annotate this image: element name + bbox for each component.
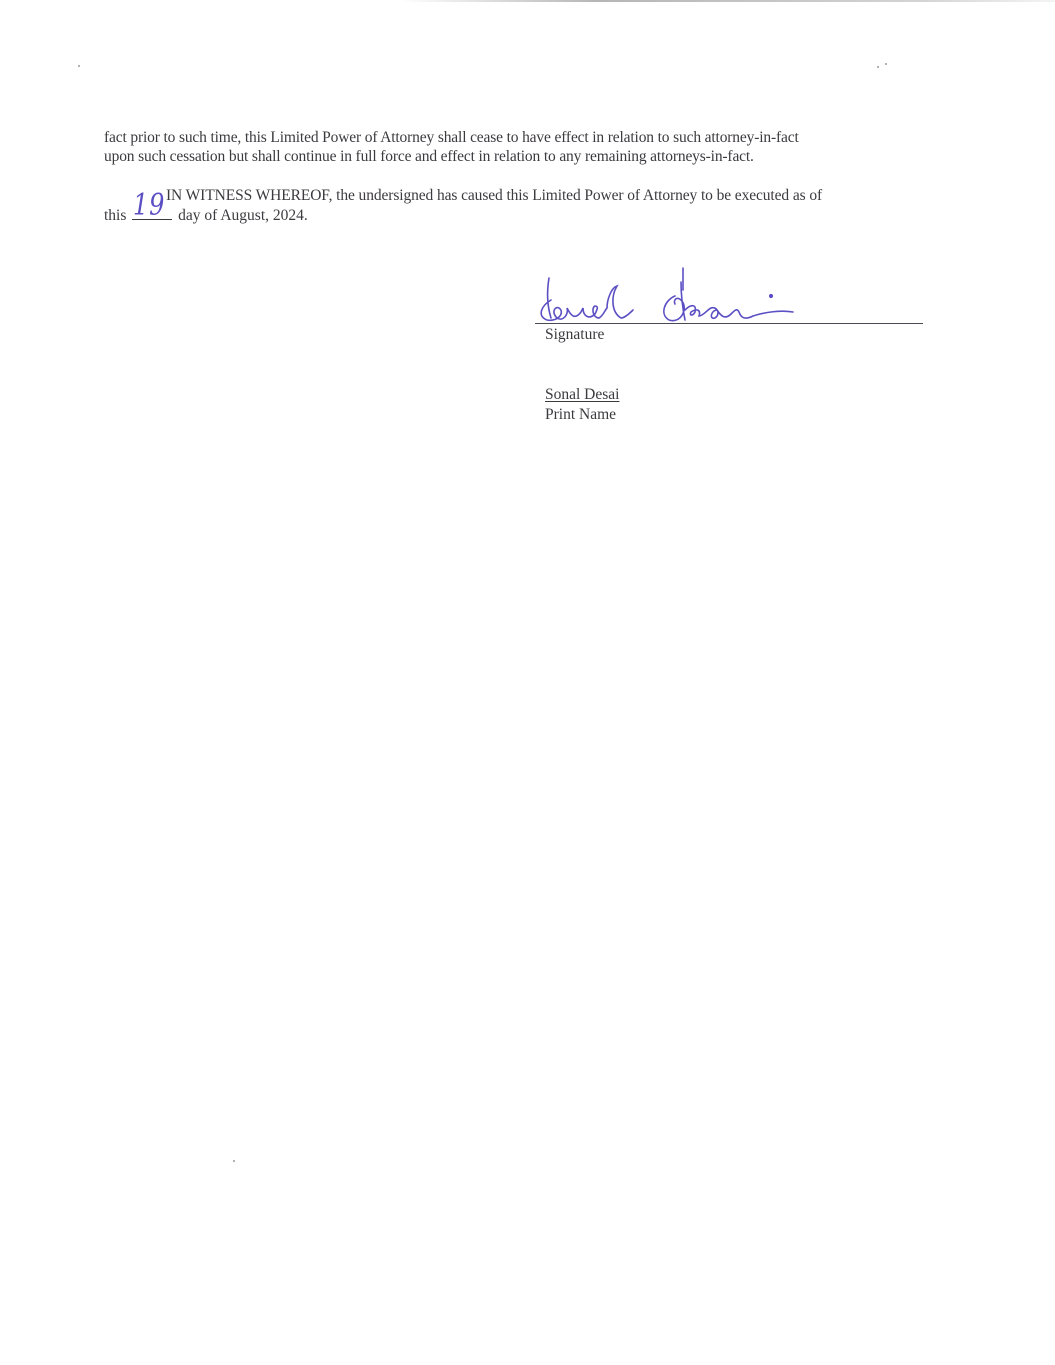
scan-top-edge: [400, 0, 1055, 2]
scan-speck: [78, 65, 80, 67]
print-name-label: Print Name: [545, 406, 616, 424]
witness-date-suffix: day of August, 2024.: [178, 207, 308, 224]
scan-speck: [885, 63, 887, 65]
paragraph-line-2: upon such cessation but shall continue i…: [104, 147, 934, 166]
scan-speck: [233, 1160, 235, 1162]
witness-clause-line-1: IN WITNESS WHEREOF, the undersigned has …: [166, 187, 822, 205]
scan-speck: [877, 66, 879, 68]
handwritten-day: 19: [133, 188, 165, 223]
paragraph-continuation: fact prior to such time, this Limited Po…: [104, 128, 934, 166]
witness-this: this: [104, 207, 126, 224]
signature-label: Signature: [545, 326, 604, 344]
print-name-value: Sonal Desai: [545, 386, 619, 404]
signature-line: [535, 323, 923, 324]
paragraph-line-1: fact prior to such time, this Limited Po…: [104, 128, 934, 147]
